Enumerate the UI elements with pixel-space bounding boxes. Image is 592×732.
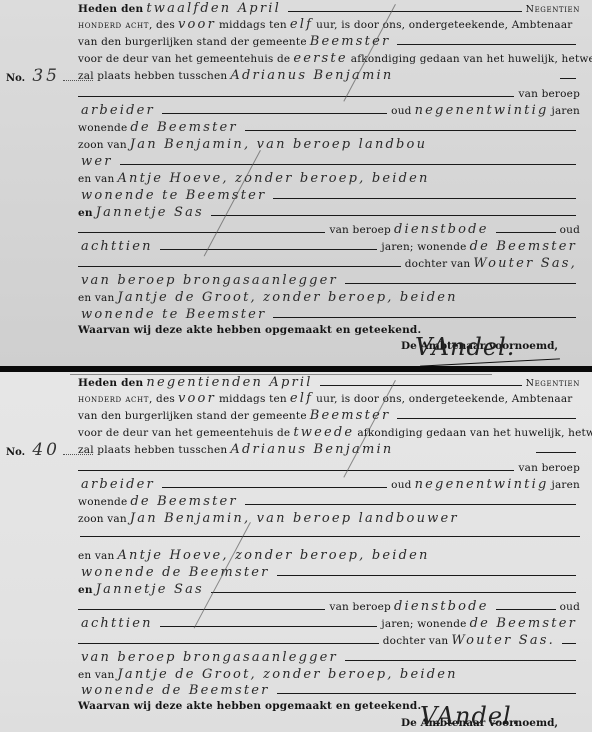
printed-text: jaren; wonende: [381, 616, 466, 632]
handwritten-day: negentienden April: [143, 375, 315, 391]
printed-text: uur, is door ons, ondergeteekende, Ambte…: [316, 391, 572, 407]
date-line: Heden den negentienden April Negentien: [78, 375, 580, 391]
handwritten-groom-mother: Antje Hoeve, zonder beroep, beiden: [114, 548, 432, 564]
handwritten-municipality: Beemster: [307, 34, 394, 50]
handwritten-bride-father: Wouter Sas,: [470, 256, 580, 272]
handwritten-groom-father: Jan Benjamin, van beroep landbou: [127, 137, 430, 153]
bride-father-occupation-line: van beroep brongasaanlegger: [78, 650, 580, 666]
handwritten-bride-name: Jannetje Sas: [93, 205, 207, 221]
handwritten-announcement-ordinal: tweede: [290, 425, 357, 441]
marriage-announcement-record-40: Heden den negentienden April Negentien h…: [0, 372, 592, 732]
printed-text: en van: [78, 548, 114, 564]
printed-text: dochter van: [383, 633, 449, 649]
printed-year-suffix: honderd acht: [78, 392, 149, 408]
printed-text: oud: [391, 477, 411, 493]
handwritten-ampm: voor: [175, 391, 219, 407]
handwritten-parents-residence: wonende te Beemster: [78, 188, 269, 204]
printed-text: van den burgerlijken stand der gemeente: [78, 408, 307, 424]
handwritten-bride-father-occupation: van beroep brongasaanlegger: [78, 650, 341, 666]
printed-text: van beroep: [518, 460, 580, 476]
number-label: No.: [6, 73, 25, 84]
printed-text: zal plaats hebben tusschen: [78, 442, 227, 458]
handwritten-parents-residence: wonende te Beemster: [78, 307, 269, 323]
printed-text: zoon van: [78, 511, 127, 527]
closing-text: Waarvan wij deze akte hebben opgemaakt e…: [78, 700, 421, 712]
printed-text: voor de deur van het gemeentehuis de: [78, 425, 290, 441]
handwritten-groom-age: negenentwintig: [412, 477, 552, 493]
official-signature: VAndel.: [420, 702, 520, 730]
printed-text: Heden den: [78, 1, 143, 17]
handwritten-groom-residence: de Beemster: [127, 120, 240, 136]
handwritten-groom-father: Jan Benjamin, van beroep landbouwer: [127, 511, 462, 527]
printed-text: Heden den: [78, 375, 143, 391]
groom-occupation-label-line: van beroep: [78, 86, 580, 102]
handwritten-bride-father: Wouter Sas.: [448, 633, 558, 649]
printed-text: van beroep: [518, 86, 580, 102]
handwritten-groom-mother: Antje Hoeve, zonder beroep, beiden: [114, 171, 432, 187]
printed-year-prefix: Negentien: [526, 2, 580, 18]
closing-text: Waarvan wij deze akte hebben opgemaakt e…: [78, 324, 421, 336]
handwritten-ampm: voor: [175, 17, 219, 33]
printed-text: afkondiging gedaan van het huwelijk, het…: [351, 51, 592, 67]
printed-text: van beroep: [329, 222, 391, 238]
announcement-line: voor de deur van het gemeentehuis de twe…: [78, 425, 580, 441]
printed-text: en van: [78, 667, 114, 683]
printed-text: zoon van: [78, 137, 127, 153]
bride-father-line: dochter van Wouter Sas.: [78, 633, 580, 649]
handwritten-groom-age: negenentwintig: [412, 103, 552, 119]
bride-age-line: achttien jaren; wonende de Beemster: [78, 616, 580, 632]
number-value: 40: [32, 440, 60, 460]
printed-text: en: [78, 205, 93, 221]
official-title: De Ambtenaar voornoemd,: [401, 316, 558, 328]
bride-father-occupation-line: van beroep brongasaanlegger: [78, 273, 580, 289]
bride-occupation-line: van beroep dienstbode oud: [78, 222, 580, 238]
printed-text: en van: [78, 290, 114, 306]
printed-text: oud: [560, 599, 580, 615]
handwritten-parents-residence: wonende de Beemster: [78, 683, 273, 699]
handwritten-groom-occupation: arbeider: [78, 477, 158, 493]
groom-age-line: arbeider oud negenentwintig jaren: [78, 477, 580, 493]
handwritten-groom-name: Adrianus Benjamin: [227, 68, 396, 84]
handwritten-groom-occupation: arbeider: [78, 103, 158, 119]
time-line: honderd acht , des voor middags ten elf …: [78, 391, 580, 407]
handwritten-bride-occupation: dienstbode: [391, 222, 492, 238]
printed-text: oud: [560, 222, 580, 238]
date-line: Heden den twaalfden April Negentien: [78, 1, 580, 17]
printed-text: middags ten: [219, 17, 287, 33]
bride-occupation-line: van beroep dienstbode oud: [78, 599, 580, 615]
handwritten-bride-name: Jannetje Sas: [93, 582, 207, 598]
handwritten-bride-mother: Jantje de Groot, zonder beroep, beiden: [114, 290, 460, 306]
handwritten-groom-residence: de Beemster: [127, 494, 240, 510]
printed-text: oud: [391, 103, 411, 119]
number-value: 35: [32, 66, 60, 86]
printed-text: afkondiging gedaan van het huwelijk, het…: [357, 425, 592, 441]
groom-mother-line: en van Antje Hoeve, zonder beroep, beide…: [78, 548, 580, 564]
printed-year-prefix: Negentien: [526, 376, 580, 392]
bride-mother-line: en van Jantje de Groot, zonder beroep, b…: [78, 290, 580, 306]
printed-text: van beroep: [329, 599, 391, 615]
handwritten-bride-father-occupation: van beroep brongasaanlegger: [78, 273, 341, 289]
bride-mother-line: en van Jantje de Groot, zonder beroep, b…: [78, 667, 580, 683]
printed-text: jaren: [551, 477, 580, 493]
printed-text: , des: [149, 17, 175, 33]
groom-line: zal plaats hebben tusschen Adrianus Benj…: [78, 442, 580, 458]
printed-text: van den burgerlijken stand der gemeente: [78, 34, 307, 50]
handwritten-bride-mother: Jantje de Groot, zonder beroep, beiden: [114, 667, 460, 683]
groom-father-continued-line: wer: [78, 154, 580, 170]
handwritten-announcement-ordinal: eerste: [290, 51, 350, 67]
groom-parents-residence-line: wonende te Beemster: [78, 188, 580, 204]
number-label: No.: [6, 447, 25, 458]
printed-text: dochter van: [405, 256, 471, 272]
handwritten-bride-residence: de Beemster: [467, 616, 580, 632]
handwritten-hour: elf: [287, 391, 316, 407]
printed-text: en van: [78, 171, 114, 187]
printed-text: jaren; wonende: [381, 239, 466, 255]
printed-text: zal plaats hebben tusschen: [78, 68, 227, 84]
handwritten-bride-age: achttien: [78, 239, 156, 255]
printed-text: wonende: [78, 494, 127, 510]
groom-father-line: zoon van Jan Benjamin, van beroep landbo…: [78, 511, 580, 527]
handwritten-parents-residence: wonende de Beemster: [78, 565, 273, 581]
official-signature: VAndel.: [415, 333, 515, 361]
printed-text: , des: [149, 391, 175, 407]
printed-year-suffix: honderd acht: [78, 18, 149, 34]
blank-rule: [80, 536, 580, 537]
groom-occupation-label-line: van beroep: [78, 460, 580, 476]
municipality-line: van den burgerlijken stand der gemeente …: [78, 408, 580, 424]
groom-residence-line: wonende de Beemster: [78, 120, 580, 136]
handwritten-bride-residence: de Beemster: [467, 239, 580, 255]
printed-text: middags ten: [219, 391, 287, 407]
handwritten-groom-name: Adrianus Benjamin: [227, 442, 396, 458]
printed-text: voor de deur van het gemeentehuis de: [78, 51, 290, 67]
bride-age-line: achttien jaren; wonende de Beemster: [78, 239, 580, 255]
municipality-line: van den burgerlijken stand der gemeente …: [78, 34, 580, 50]
groom-mother-line: en van Antje Hoeve, zonder beroep, beide…: [78, 171, 580, 187]
bride-line: en Jannetje Sas: [78, 205, 580, 221]
groom-age-line: arbeider oud negenentwintig jaren: [78, 103, 580, 119]
printed-text: jaren: [551, 103, 580, 119]
printed-text: wonende: [78, 120, 127, 136]
handwritten-bride-occupation: dienstbode: [391, 599, 492, 615]
groom-line: zal plaats hebben tusschen Adrianus Benj…: [78, 68, 580, 84]
handwritten-hour: elf: [287, 17, 316, 33]
printed-text: en: [78, 582, 93, 598]
bride-parents-residence-line: wonende de Beemster: [78, 683, 580, 699]
printed-text: uur, is door ons, ondergeteekende, Ambte…: [316, 17, 572, 33]
time-line: honderd acht , des voor middags ten elf …: [78, 17, 580, 33]
marriage-announcement-record-35: Heden den twaalfden April Negentien hond…: [0, 0, 592, 366]
handwritten-municipality: Beemster: [307, 408, 394, 424]
groom-parents-residence-line: wonende de Beemster: [78, 565, 580, 581]
handwritten-bride-age: achttien: [78, 616, 156, 632]
bride-line: en Jannetje Sas: [78, 582, 580, 598]
bride-father-line: dochter van Wouter Sas,: [78, 256, 580, 272]
groom-father-line: zoon van Jan Benjamin, van beroep landbo…: [78, 137, 580, 153]
groom-residence-line: wonende de Beemster: [78, 494, 580, 510]
announcement-line: voor de deur van het gemeentehuis de eer…: [78, 51, 580, 67]
handwritten-continuation: wer: [78, 154, 116, 170]
handwritten-day: twaalfden April: [143, 1, 284, 17]
